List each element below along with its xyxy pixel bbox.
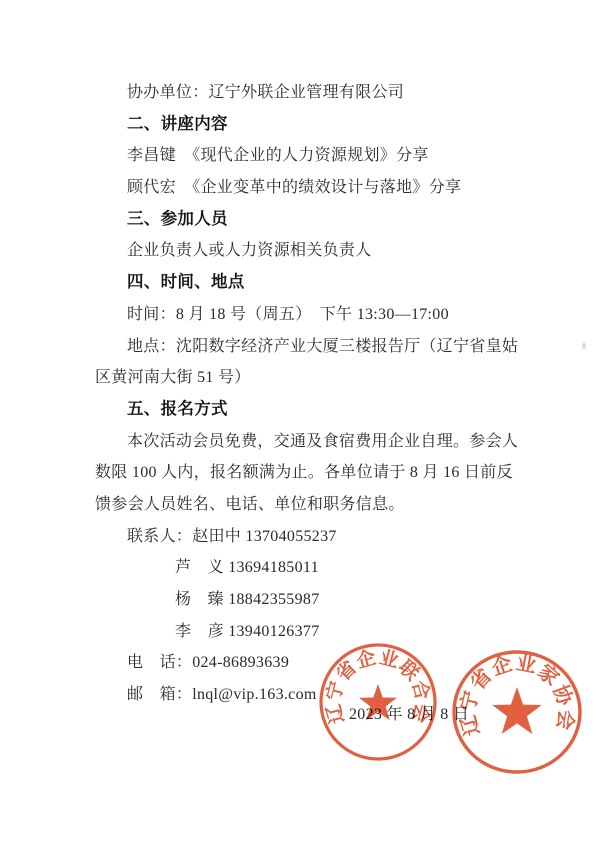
line-participants: 企业负责人或人力资源相关负责人: [95, 235, 510, 267]
heading-participants: 三、参加人员: [95, 204, 510, 236]
scan-speck: [582, 343, 586, 349]
line-contact-person-1: 联系人：赵田中 13704055237: [95, 521, 510, 553]
line-contact-person-4: 李 彦 13940126377: [95, 616, 510, 648]
line-co-organizer: 协办单位：辽宁外联企业管理有限公司: [95, 77, 510, 109]
line-location-2: 区黄河南大街 51 号）: [95, 362, 510, 394]
document-body: 协办单位：辽宁外联企业管理有限公司 二、讲座内容 李昌键 《现代企业的人力资源规…: [95, 77, 510, 730]
line-time: 时间：8 月 18 号（周五） 下午 13:30—17:00: [95, 299, 510, 331]
heading-registration: 五、报名方式: [95, 394, 510, 426]
line-phone: 电 话：024-86893639: [95, 647, 510, 679]
line-location-1: 地点：沈阳数字经济产业大厦三楼报告厅（辽宁省皇姑: [95, 331, 510, 363]
line-speaker-2: 顾代宏 《企业变革中的绩效设计与落地》分享: [95, 172, 510, 204]
line-speaker-1: 李昌键 《现代企业的人力资源规划》分享: [95, 140, 510, 172]
line-registration-2: 数限 100 人内，报名额满为止。各单位请于 8 月 16 日前反: [95, 457, 510, 489]
line-registration-3: 馈参会人员姓名、电话、单位和职务信息。: [95, 489, 510, 521]
line-contact-person-3: 杨 臻 18842355987: [95, 584, 510, 616]
heading-lecture-content: 二、讲座内容: [95, 109, 510, 141]
heading-time-location: 四、时间、地点: [95, 267, 510, 299]
star-icon: [492, 687, 541, 734]
document-page: 协办单位：辽宁外联企业管理有限公司 二、讲座内容 李昌键 《现代企业的人力资源规…: [0, 0, 600, 849]
stamp-left-seal: 辽宁省企业联合会: [316, 640, 440, 764]
stamp-right-seal: 辽宁省企业家协会: [449, 647, 585, 777]
line-contact-person-2: 芦 义 13694185011: [95, 552, 510, 584]
star-icon: [359, 684, 397, 720]
line-registration-1: 本次活动会员免费，交通及食宿费用企业自理。参会人: [95, 426, 510, 458]
